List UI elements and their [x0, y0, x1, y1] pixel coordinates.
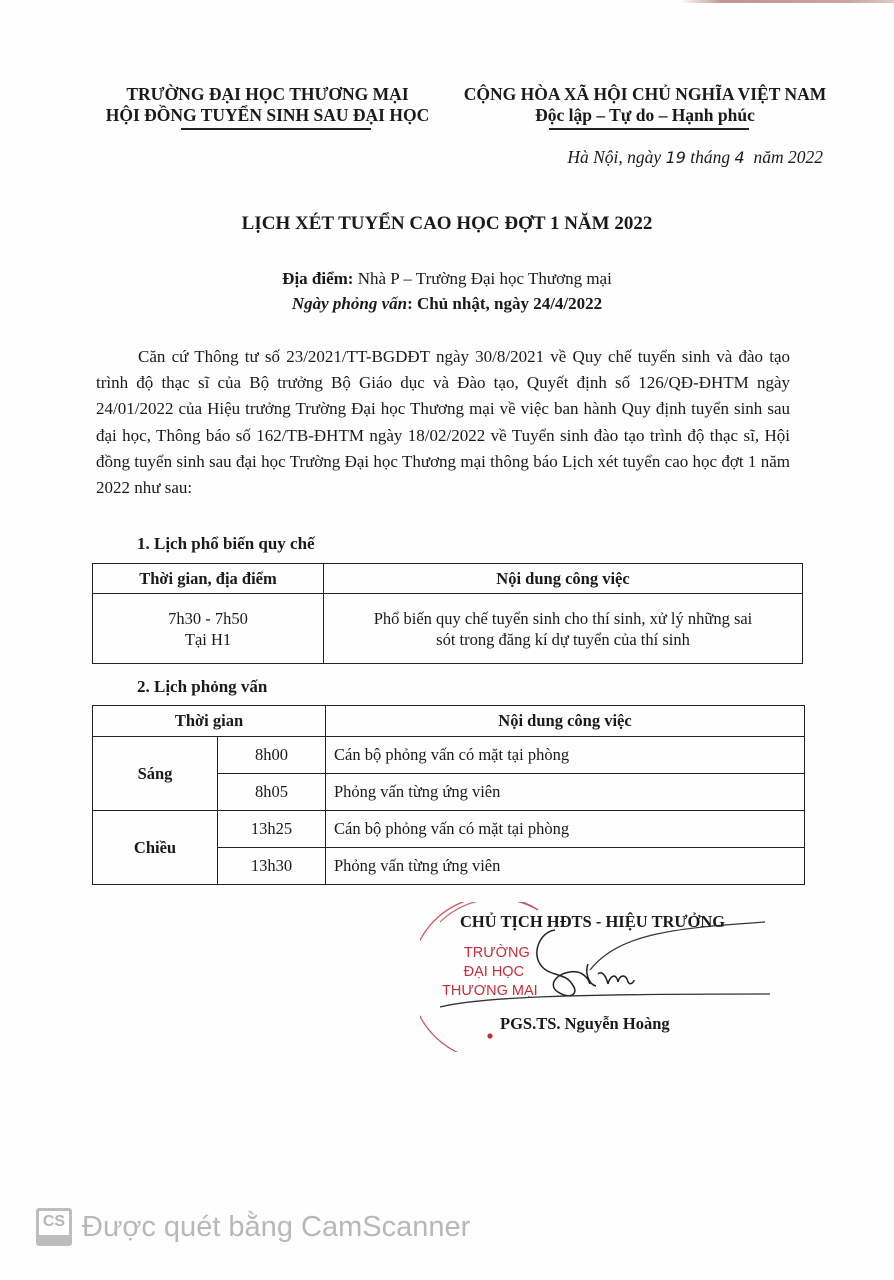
stamp-line1: TRƯỜNG [456, 944, 538, 963]
scanner-watermark: CS Được quét bằng CamScanner [36, 1208, 470, 1246]
stamp-line3: THƯƠNG MẠI [442, 982, 538, 1001]
time-cell: 13h30 [218, 848, 326, 885]
stamp-star-icon [487, 1033, 492, 1038]
document-title: LỊCH XÉT TUYỂN CAO HỌC ĐỢT 1 NĂM 2022 [0, 213, 894, 235]
time-cell: 8h05 [218, 774, 326, 811]
time-cell: 8h00 [218, 737, 326, 774]
university-name: TRƯỜNG ĐẠI HỌC THƯƠNG MẠI [95, 84, 440, 105]
document-date: Hà Nội, ngày 19 tháng 4 năm 2022 [567, 147, 823, 168]
country-name: CỘNG HÒA XÃ HỘI CHỦ NGHĨA VIỆT NAM [450, 84, 840, 105]
stamp-line2: ĐẠI HỌC [450, 963, 538, 982]
council-name: HỘI ĐỒNG TUYỂN SINH SAU ĐẠI HỌC [95, 105, 440, 126]
scan-edge-artifact [680, 0, 894, 3]
legal-basis-paragraph: Căn cứ Thông tư số 23/2021/TT-BGDĐT ngày… [96, 344, 790, 501]
content-line1: Phổ biến quy chế tuyển sinh cho thí sinh… [324, 608, 802, 629]
location-label: Địa điểm: [282, 269, 353, 288]
event-info: Địa điểm: Nhà P – Trường Đại học Thương … [0, 266, 894, 316]
content-line2: sót trong đăng kí dự tuyển của thí sinh [324, 629, 802, 650]
camscanner-logo-icon: CS [36, 1208, 72, 1246]
issuer-header: TRƯỜNG ĐẠI HỌC THƯƠNG MẠI HỘI ĐỒNG TUYỂN… [95, 84, 440, 130]
session-morning: Sáng [93, 737, 218, 811]
content-cell: Cán bộ phỏng vấn có mặt tại phòng [326, 811, 805, 848]
section1-title: 1. Lịch phổ biến quy chế [137, 534, 315, 554]
location-value: Nhà P – Trường Đại học Thương mại [353, 269, 611, 288]
logo-text: CS [43, 1213, 65, 1231]
content-cell: Phỏng vấn từng ứng viên [326, 774, 805, 811]
table-row: Chiều 13h25 Cán bộ phỏng vấn có mặt tại … [93, 811, 805, 848]
header-content: Nội dung công việc [324, 564, 803, 594]
date-month-label: tháng [686, 147, 735, 167]
date-prefix: Hà Nội, ngày [567, 147, 665, 167]
stamp-text: TRƯỜNG ĐẠI HỌC THƯƠNG MẠI [456, 944, 538, 1001]
table-row: 7h30 - 7h50 Tại H1 Phổ biến quy chế tuyể… [93, 594, 803, 664]
watermark-text: Được quét bằng CamScanner [82, 1211, 470, 1244]
time-place-cell: 7h30 - 7h50 Tại H1 [93, 594, 324, 664]
interview-date-line: Ngày phỏng vấn: Chủ nhật, ngày 24/4/2022 [0, 291, 894, 316]
signer-name: PGS.TS. Nguyễn Hoàng [500, 1014, 670, 1034]
section2-title: 2. Lịch phỏng vấn [137, 677, 267, 697]
header-content: Nội dung công việc [326, 706, 805, 737]
regulation-briefing-table: Thời gian, địa điểm Nội dung công việc 7… [92, 563, 803, 664]
interview-schedule-table: Thời gian Nội dung công việc Sáng 8h00 C… [92, 705, 805, 885]
table-row: Sáng 8h00 Cán bộ phỏng vấn có mặt tại ph… [93, 737, 805, 774]
signer-title: CHỦ TỊCH HĐTS - HIỆU TRƯỞNG [460, 912, 725, 932]
content-cell: Phỏng vấn từng ứng viên [326, 848, 805, 885]
national-motto-header: CỘNG HÒA XÃ HỘI CHỦ NGHĨA VIỆT NAM Độc l… [450, 84, 840, 130]
location-line: Địa điểm: Nhà P – Trường Đại học Thương … [0, 266, 894, 291]
motto: Độc lập – Tự do – Hạnh phúc [450, 105, 840, 126]
time-cell: 13h25 [218, 811, 326, 848]
session-afternoon: Chiều [93, 811, 218, 885]
date-day: 19 [666, 148, 686, 167]
place-value: Tại H1 [93, 629, 323, 650]
date-month: 4 [735, 148, 745, 167]
motto-underline [549, 128, 749, 130]
header-time-place: Thời gian, địa điểm [93, 564, 324, 594]
content-cell: Phổ biến quy chế tuyển sinh cho thí sinh… [324, 594, 803, 664]
table-header-row: Thời gian, địa điểm Nội dung công việc [93, 564, 803, 594]
date-suffix: năm 2022 [745, 147, 823, 167]
header-time: Thời gian [93, 706, 326, 737]
time-value: 7h30 - 7h50 [93, 608, 323, 629]
issuer-underline [181, 128, 371, 130]
interview-date-label: Ngày phỏng vấn [292, 294, 407, 313]
content-cell: Cán bộ phỏng vấn có mặt tại phòng [326, 737, 805, 774]
interview-date-value: : Chủ nhật, ngày 24/4/2022 [407, 294, 602, 313]
table-header-row: Thời gian Nội dung công việc [93, 706, 805, 737]
